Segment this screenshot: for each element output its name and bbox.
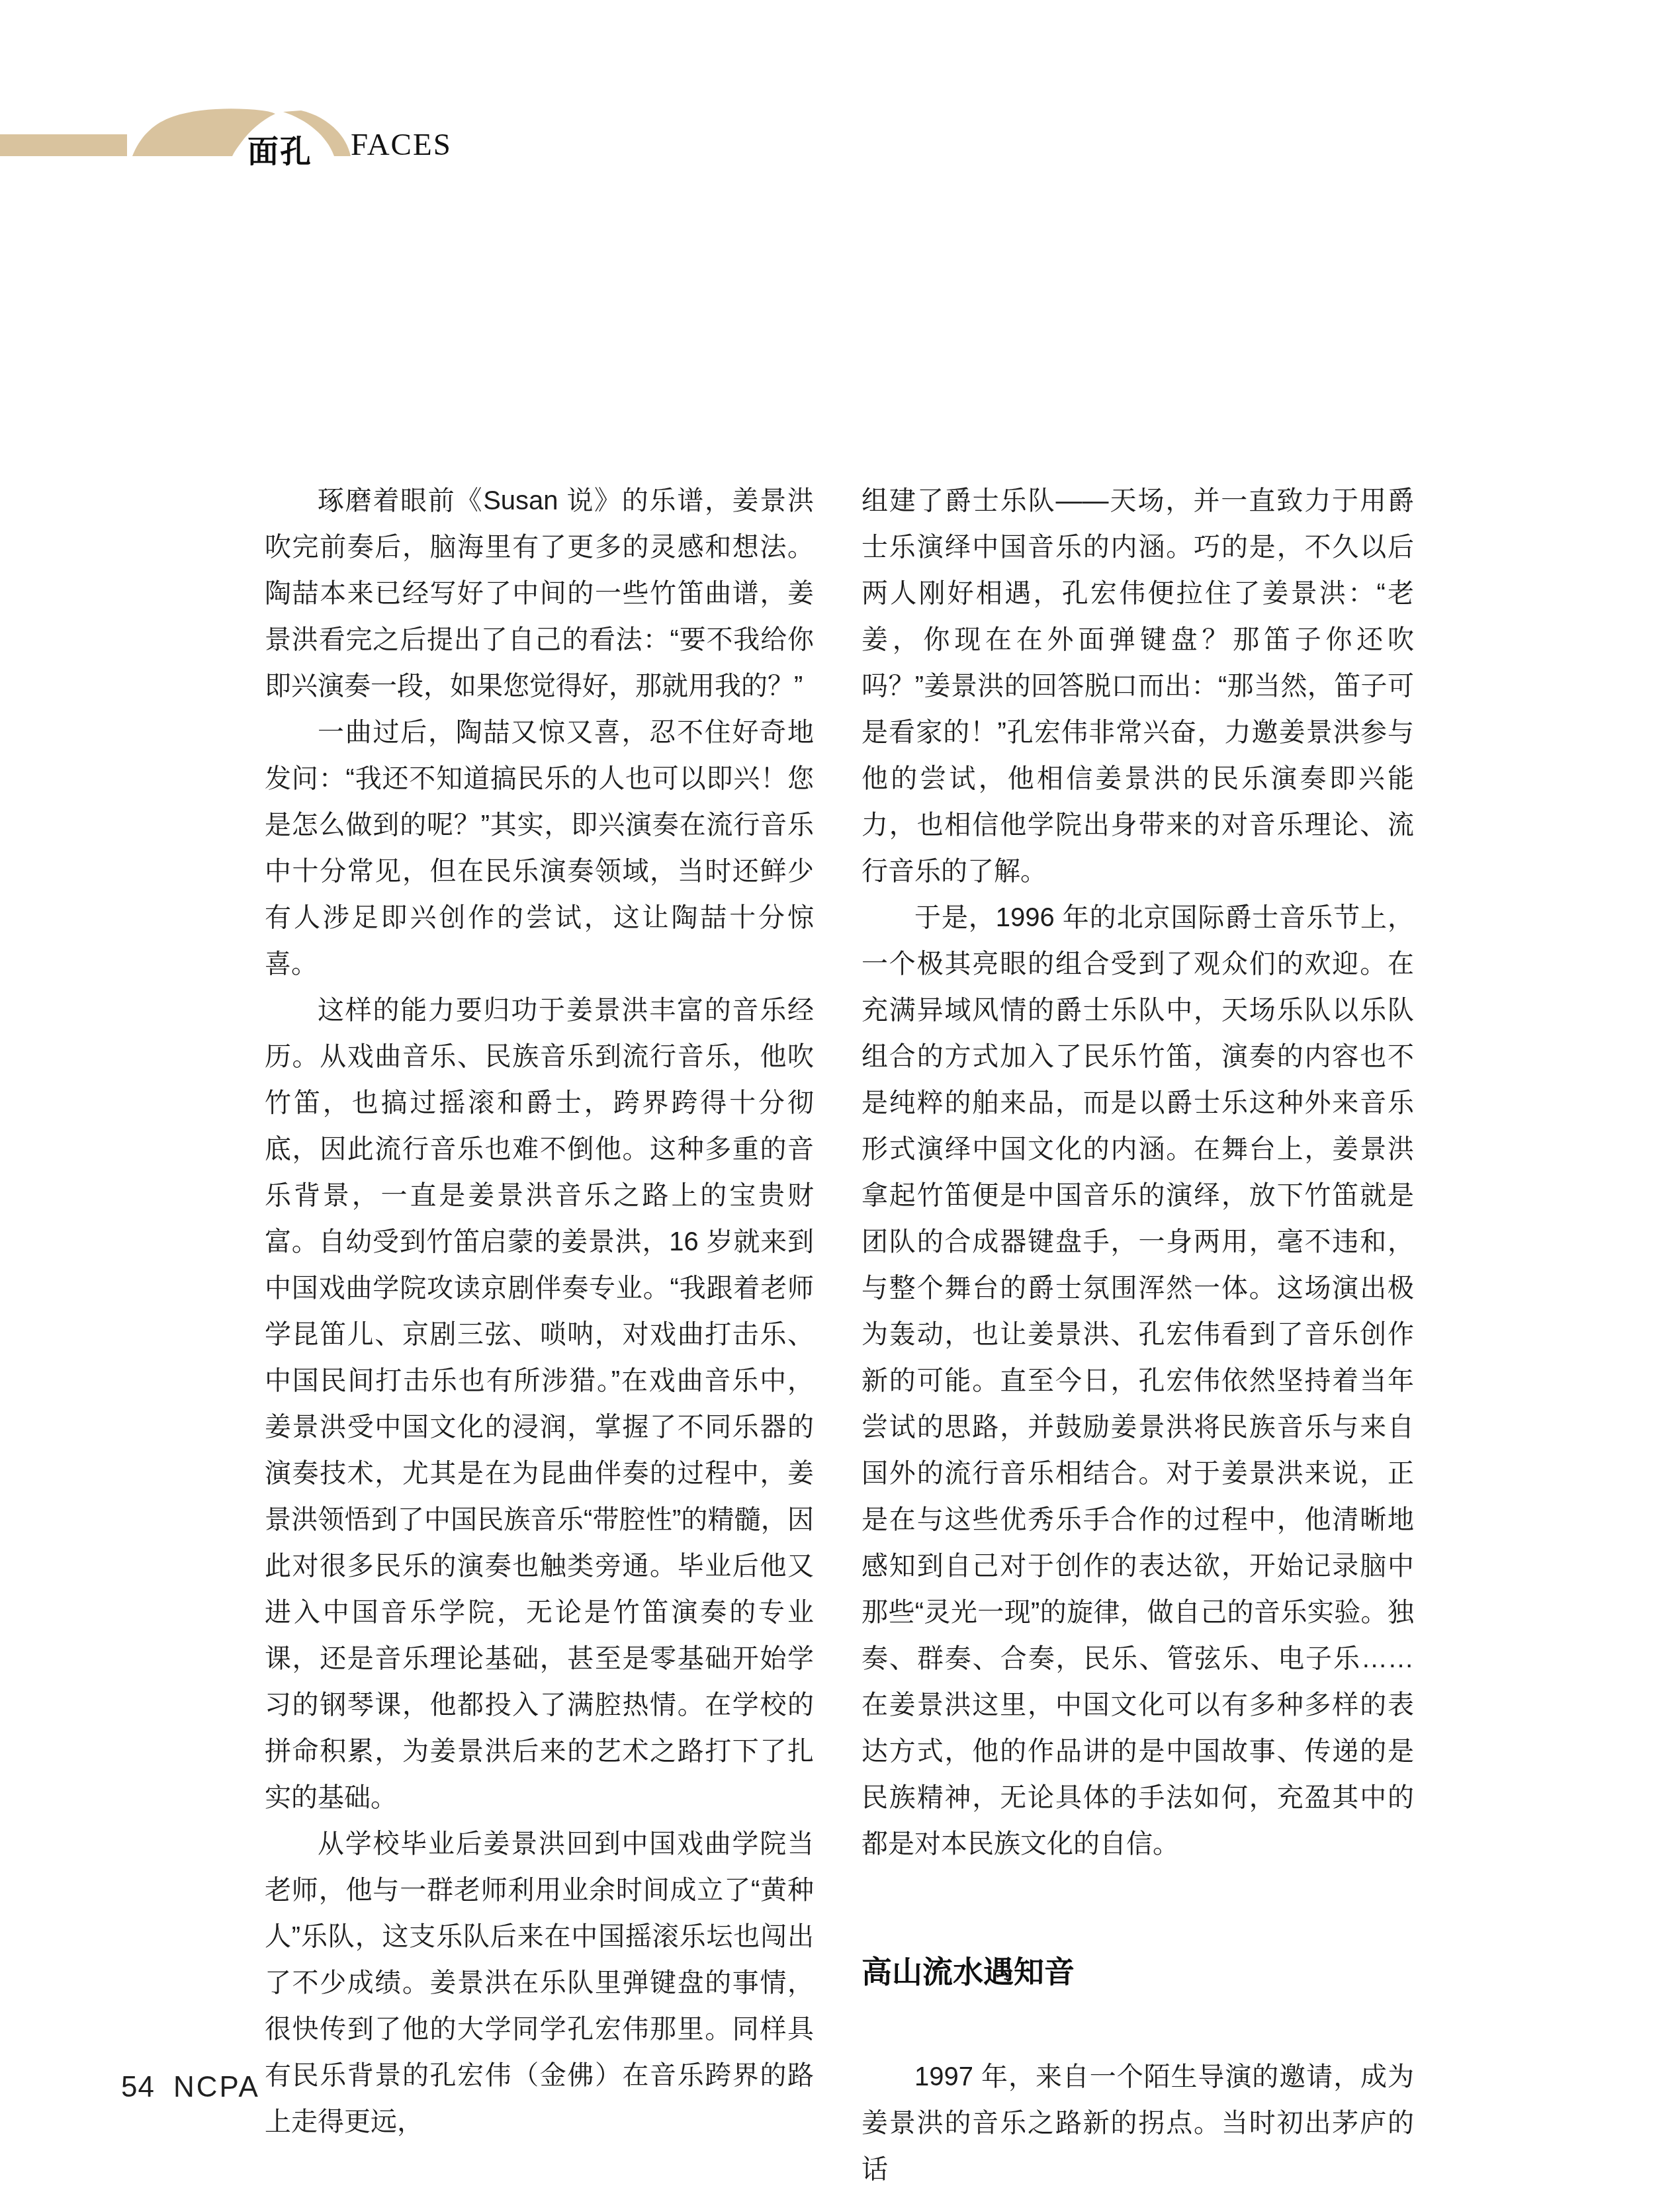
paragraph: 这样的能力要归功于姜景洪丰富的音乐经历。从戏曲音乐、民族音乐到流行音乐，他吹竹笛… xyxy=(265,987,814,1821)
article-right-column: 组建了爵士乐队——天场，并一直致力于用爵士乐演绎中国音乐的内涵。巧的是，不久以后… xyxy=(862,478,1414,2188)
paragraph: 从学校毕业后姜景洪回到中国戏曲学院当老师，他与一群老师利用业余时间成立了“黄种人… xyxy=(265,1821,814,2145)
header-band: 面孔 FACES xyxy=(0,0,1680,218)
section-title-cn: 面孔 xyxy=(247,127,312,171)
paragraph: 琢磨着眼前《Susan 说》的乐谱，姜景洪吹完前奏后，脑海里有了更多的灵感和想法… xyxy=(265,478,814,709)
magazine-page: 面孔 FACES 琢磨着眼前《Susan 说》的乐谱，姜景洪吹完前奏后，脑海里有… xyxy=(0,0,1680,2188)
page-number: 54 xyxy=(121,2071,155,2103)
paragraph: 1997 年，来自一个陌生导演的邀请，成为姜景洪的音乐之路新的拐点。当时初出茅庐… xyxy=(862,2054,1414,2188)
journal-name: NCPA xyxy=(173,2071,260,2103)
paragraph: 组建了爵士乐队——天场，并一直致力于用爵士乐演绎中国音乐的内涵。巧的是，不久以后… xyxy=(862,478,1414,895)
section-title-en: FACES xyxy=(351,127,452,163)
paragraph: 于是，1996 年的北京国际爵士音乐节上，一个极其亮眼的组合受到了观众们的欢迎。… xyxy=(862,895,1414,1867)
article-left-column: 琢磨着眼前《Susan 说》的乐谱，姜景洪吹完前奏后，脑海里有了更多的灵感和想法… xyxy=(265,478,814,2145)
paragraph: 一曲过后，陶喆又惊又喜，忍不住好奇地发问：“我还不知道搞民乐的人也可以即兴！您是… xyxy=(265,709,814,987)
accent-bar xyxy=(0,134,127,156)
footer: 54NCPA xyxy=(121,2071,260,2104)
section-heading: 高山流水遇知音 xyxy=(862,1950,1414,1993)
wave-swoosh-icon xyxy=(0,0,1680,218)
